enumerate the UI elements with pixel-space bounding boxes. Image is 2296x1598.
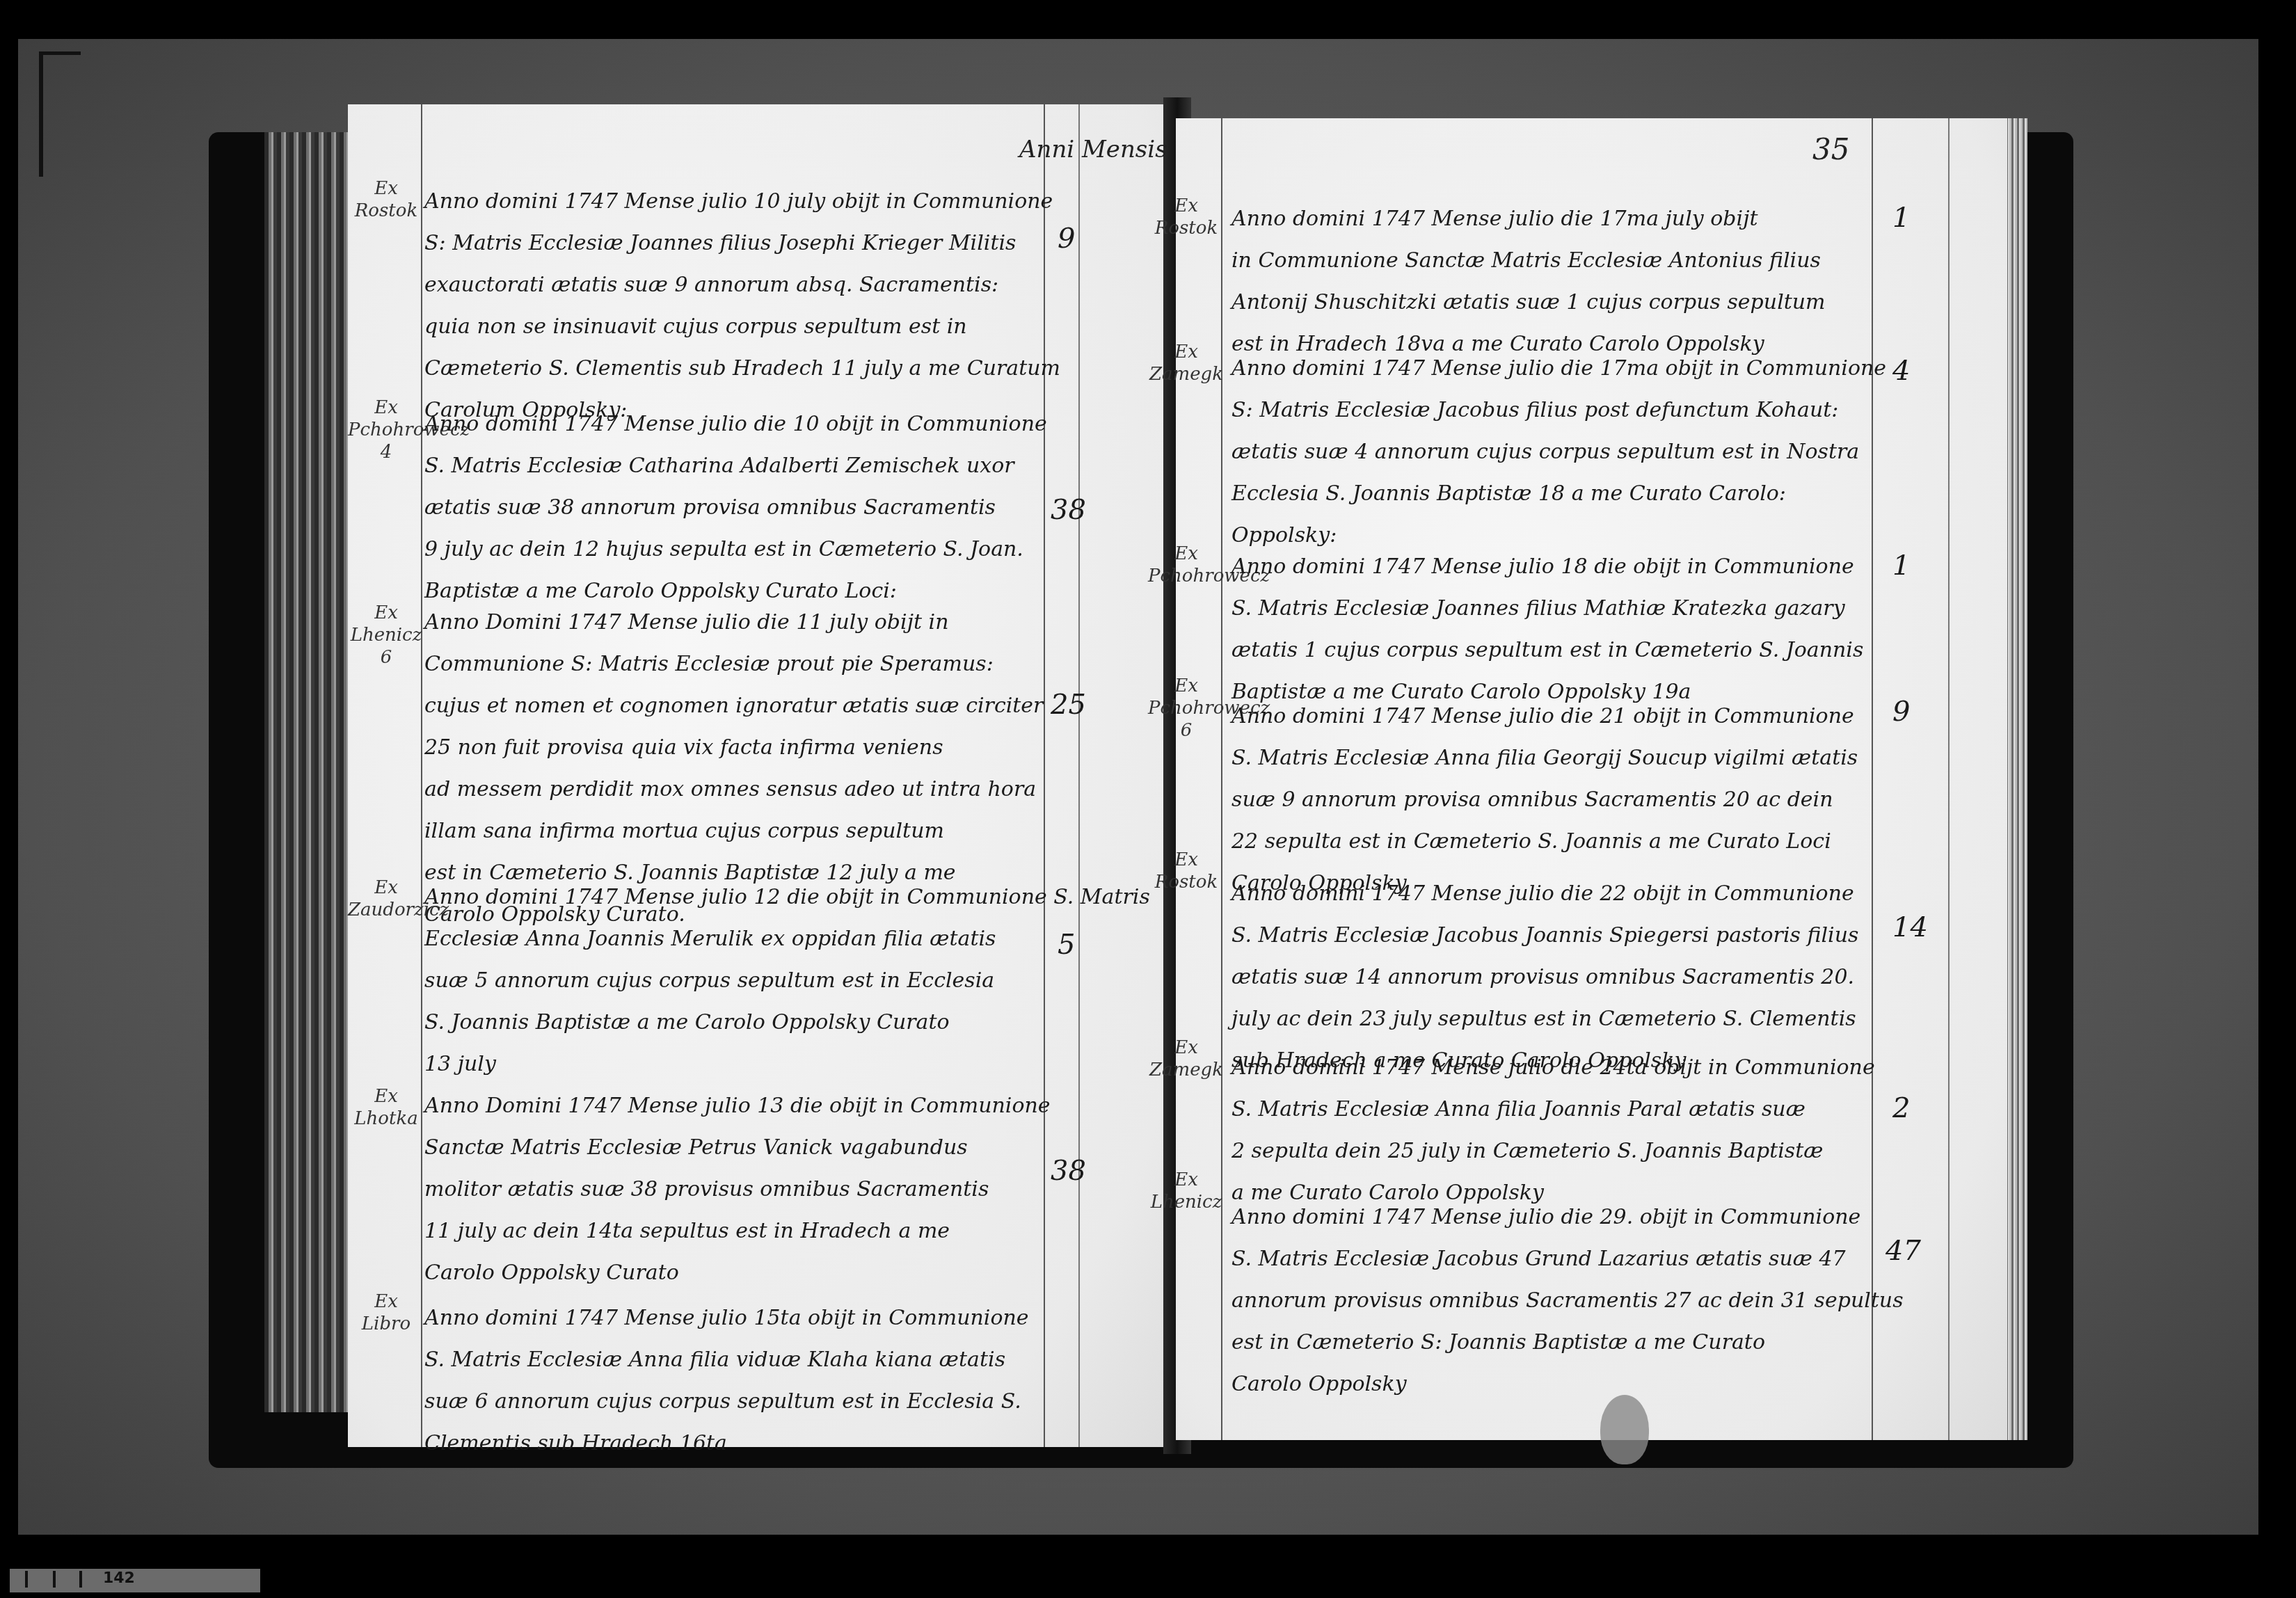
entry-margin-place: ExRostok — [1148, 849, 1225, 893]
entry-age: 1 — [1892, 202, 1910, 234]
entry-age: 1 — [1892, 550, 1910, 582]
entry-margin-place: ExRostok — [1148, 195, 1225, 239]
film-strip — [10, 1569, 260, 1592]
page-edges-right — [2004, 118, 2027, 1440]
entry-margin-place: ExLhenicz — [1148, 1169, 1225, 1213]
register-entry: Anno domini 1747 Mense julio die 29. obi… — [1231, 1197, 1904, 1405]
entry-age: 14 — [1892, 911, 1928, 943]
entry-age: 38 — [1051, 1155, 1086, 1187]
register-entry: Anno domini 1747 Mense julio die 24ta ob… — [1231, 1047, 1875, 1214]
entry-age: 5 — [1058, 929, 1075, 961]
left-page: ExRostok Anno domini 1747 Mense julio 10… — [348, 104, 1176, 1447]
entry-margin-place: ExLhenicz6 — [348, 602, 424, 669]
anni-column-rule — [1948, 118, 1950, 1440]
entry-age: 38 — [1051, 494, 1086, 526]
entry-margin-place: ExPchohrowecz4 — [348, 397, 424, 463]
register-entry: Anno domini 1747 Mense julio die 17ma ob… — [1231, 348, 1886, 557]
column-header-mensis: Mensis — [1082, 136, 1167, 163]
page-edges-left — [264, 132, 362, 1412]
anni-column-rule — [1078, 104, 1080, 1447]
register-entry: Anno domini 1747 Mense julio die 10 obij… — [424, 404, 1047, 612]
margin-rule — [421, 104, 422, 1447]
entry-margin-place: ExZamegk — [1148, 341, 1225, 385]
entry-age: 47 — [1886, 1235, 1921, 1267]
register-entry: Anno domini 1747 Mense julio 18 die obij… — [1231, 546, 1863, 713]
entry-age: 2 — [1892, 1092, 1910, 1124]
register-entry: Anno Domini 1747 Mense julio 13 die obij… — [424, 1085, 1051, 1294]
entry-age: 9 — [1892, 696, 1910, 728]
film-tick — [25, 1571, 28, 1588]
register-entry: Anno domini 1747 Mense julio die 17ma ju… — [1231, 198, 1826, 365]
entry-margin-place: ExPchohrowecz — [1148, 543, 1225, 587]
film-corner-mark — [39, 51, 43, 177]
right-page: 35 ExRostok Anno domini 1747 Mense julio… — [1176, 118, 2007, 1440]
film-tick — [79, 1571, 82, 1588]
entry-age: 25 — [1051, 689, 1086, 721]
column-header-anni: Anni — [1019, 136, 1074, 163]
entry-margin-place: ExRostok — [348, 177, 424, 222]
ink-stain — [1600, 1395, 1649, 1464]
register-entry: Anno domini 1747 Mense julio 15ta obijt … — [424, 1297, 1029, 1464]
folio-number: 35 — [1812, 132, 1849, 166]
entry-margin-place: ExPchohrowecz6 — [1148, 675, 1225, 742]
film-corner-mark-horizontal — [39, 51, 81, 55]
register-entry: Anno domini 1747 Mense julio 10 july obi… — [424, 181, 1060, 431]
entry-age: 4 — [1892, 355, 1910, 387]
film-frame-label: 142 — [103, 1569, 135, 1587]
margin-rule — [1221, 118, 1222, 1440]
register-entry: Anno domini 1747 Mense julio 12 die obij… — [424, 877, 1150, 1085]
entry-age: 9 — [1058, 223, 1075, 255]
entry-margin-place: ExZaudorzicz — [348, 877, 424, 921]
film-tick — [53, 1571, 56, 1588]
entry-margin-place: ExLibro — [348, 1291, 424, 1335]
entry-margin-place: ExLhotka — [348, 1085, 424, 1130]
entry-margin-place: ExZamegk — [1148, 1037, 1225, 1081]
